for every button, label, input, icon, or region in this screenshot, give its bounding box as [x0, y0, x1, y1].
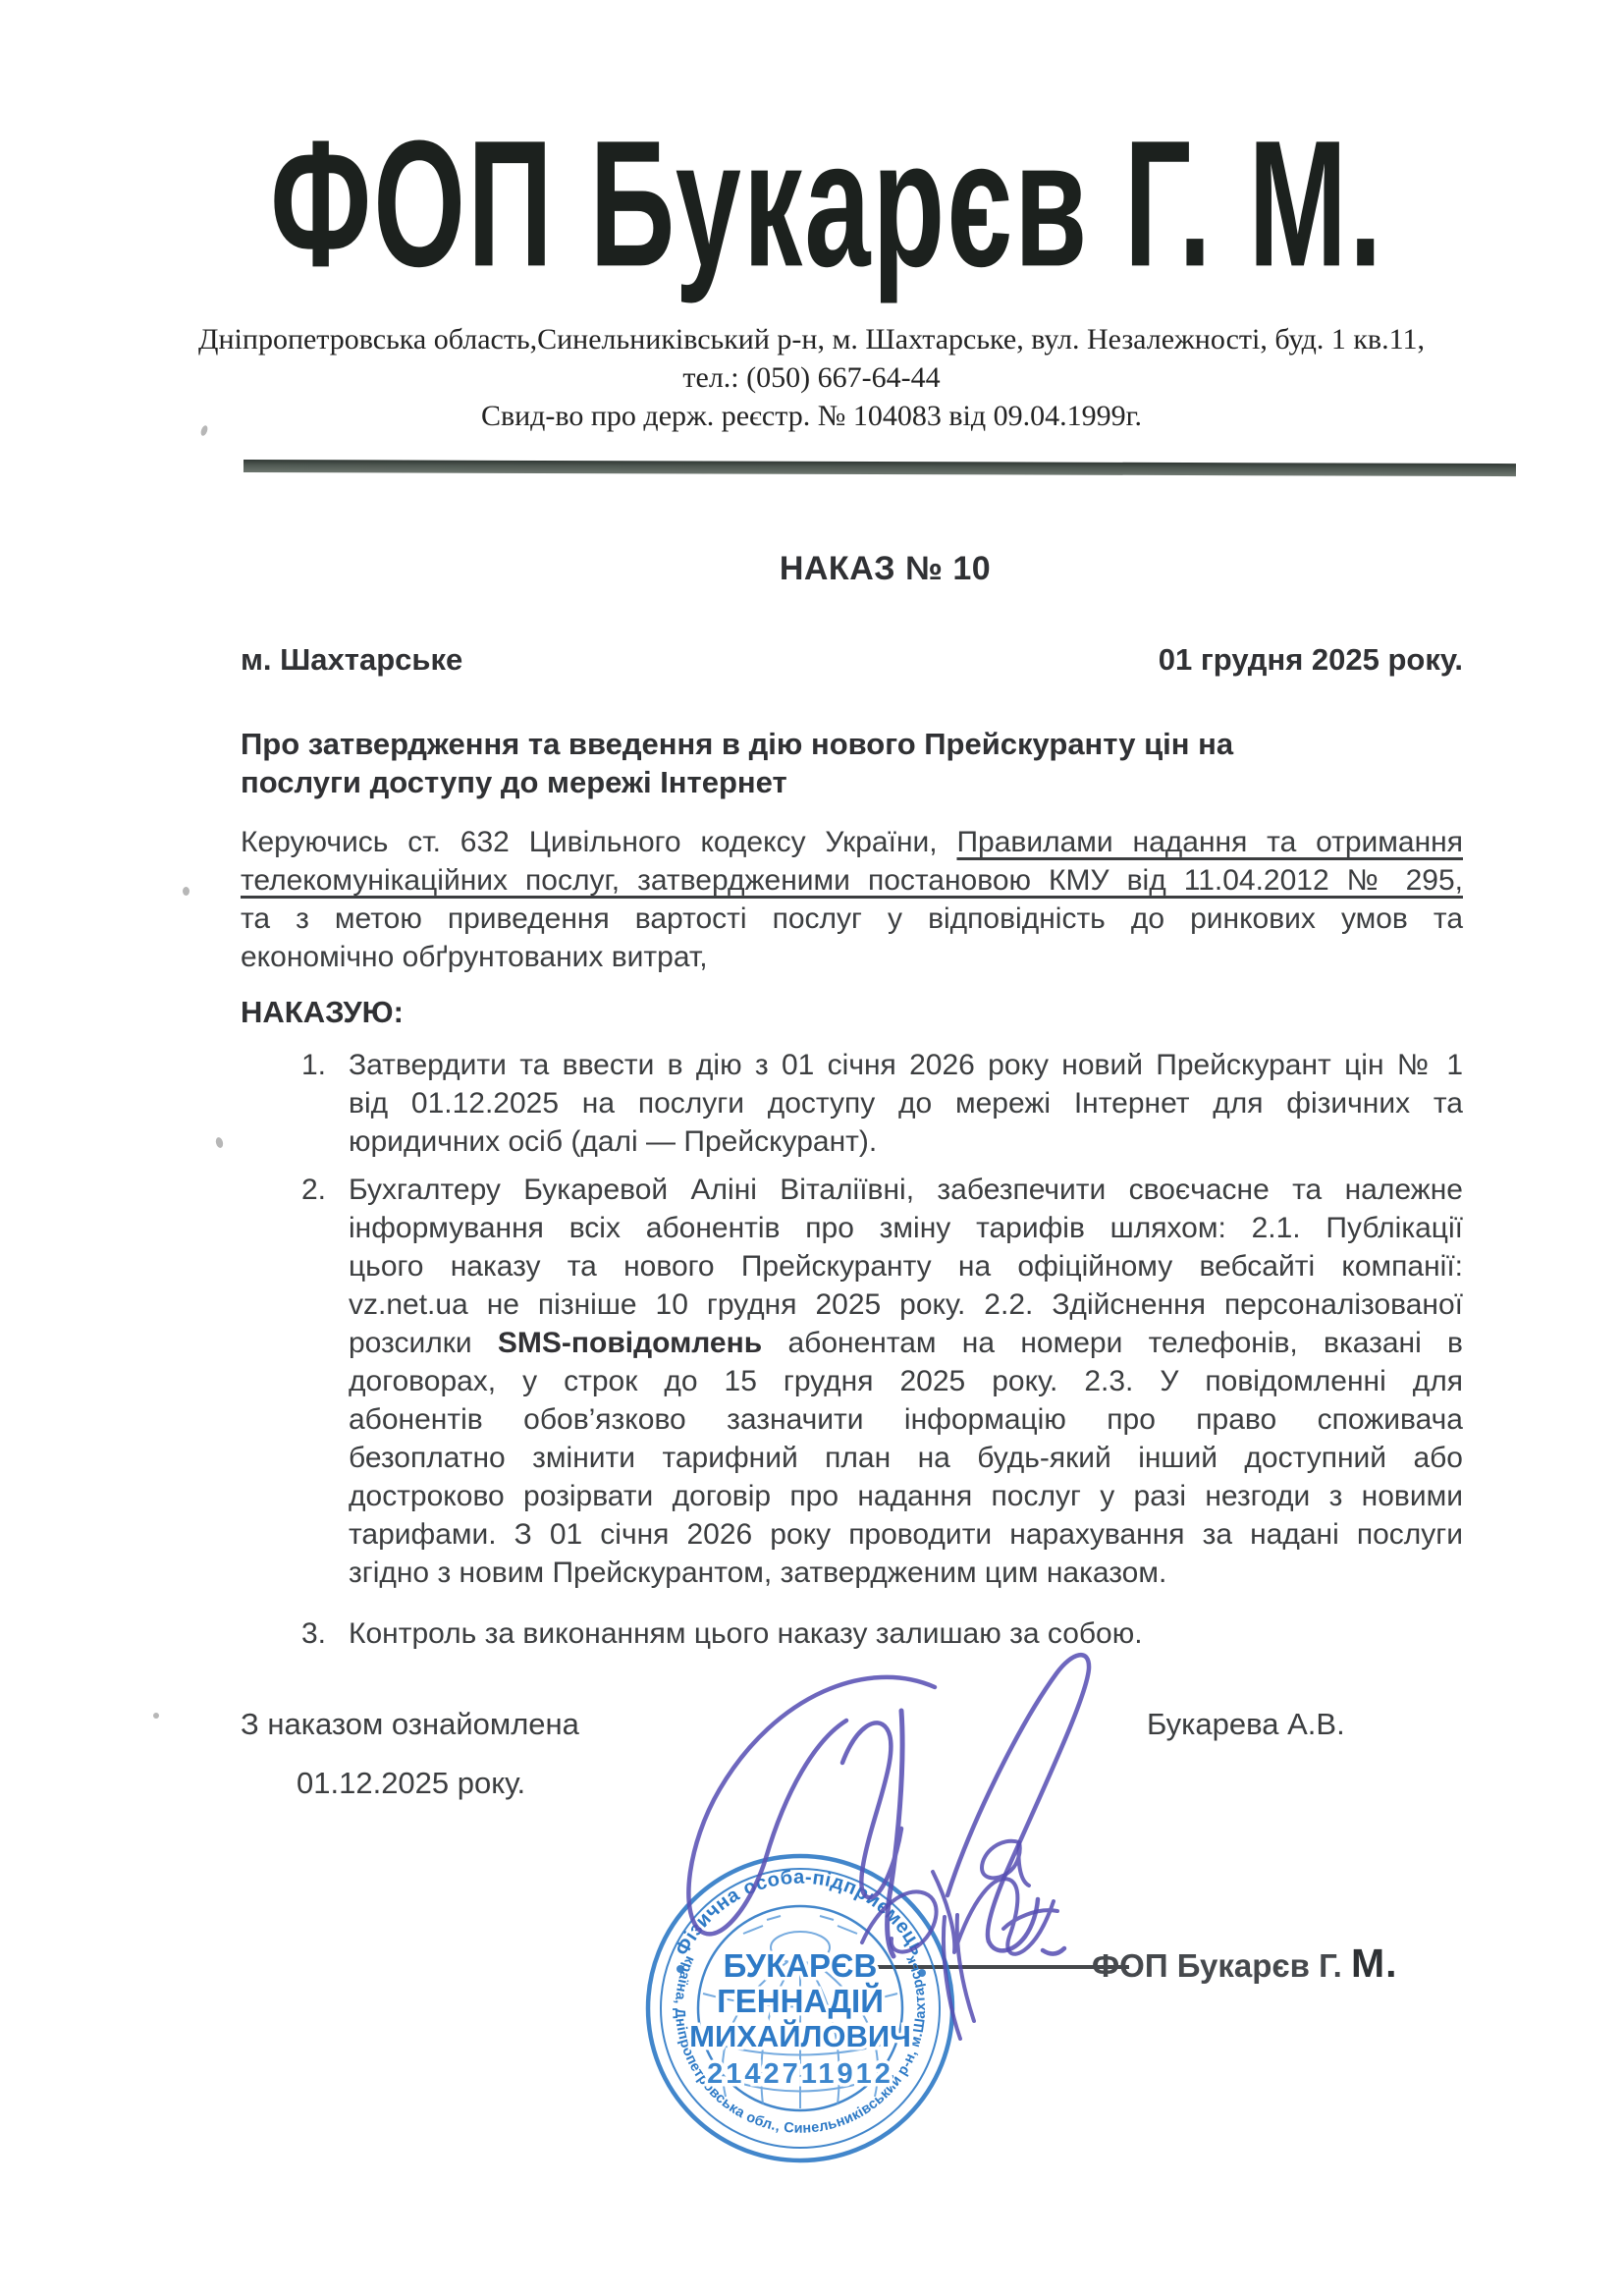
order-body: НАКАЗ № 10 м. Шахтарське 01 грудня 2025 …	[241, 550, 1463, 1653]
subject-line: послуги доступу до мережі Інтернет	[241, 763, 1463, 801]
preamble-line: та з метою приведення вартості послуг у …	[241, 900, 1463, 938]
item-number: 2.	[301, 1171, 326, 1209]
stamp-tax-number: 2142711912	[707, 2058, 893, 2090]
item-number: 1.	[301, 1046, 326, 1084]
item-text: тарифами. З 01 січня 2026 року проводити…	[349, 1518, 1463, 1551]
preamble-text: та з метою приведення вартості послуг у …	[241, 902, 1463, 935]
item-line: достроково розірвати договір про надання…	[349, 1477, 1463, 1515]
letterhead-title: ФОП Букарєв Г. М.	[0, 145, 1623, 302]
phone-line: тел.: (050) 667-64-44	[0, 358, 1623, 397]
item-line: інформування всіх абонентів про зміну та…	[349, 1209, 1463, 1247]
letterhead-divider	[243, 460, 1516, 476]
order-preamble: Керуючись ст. 632 Цивільного кодексу Укр…	[241, 823, 1463, 976]
order-item-2: 2. Бухгалтеру Букаревой Аліні Віталіївні…	[241, 1171, 1463, 1592]
item-line: абонентів обов’язково зазначити інформац…	[349, 1400, 1463, 1439]
scan-speck	[215, 1136, 225, 1148]
preamble-text: економічно обґрунтованих витрат,	[241, 941, 708, 973]
preamble-line: телекомунікаційних послуг, затвердженими…	[241, 861, 1463, 900]
item-text: згідно з новим Прейскурантом, затверджен…	[349, 1557, 1166, 1589]
item-line: юридичних осіб (далі — Прейскурант).	[349, 1122, 1463, 1161]
item-line: vz.net.ua не пізніше 10 грудня 2025 року…	[349, 1285, 1463, 1324]
item-text: розсилки	[349, 1327, 498, 1359]
item-text: договорах, у строк до 15 грудня 2025 рок…	[349, 1365, 1463, 1397]
handwritten-signatures	[589, 1620, 1296, 2052]
item-line: розсилки SMS-повідомлень абонентам на но…	[349, 1324, 1463, 1362]
order-heading: НАКАЗ № 10	[241, 550, 1463, 588]
preamble-line: економічно обґрунтованих витрат,	[241, 938, 1463, 976]
item-line: договорах, у строк до 15 грудня 2025 рок…	[349, 1362, 1463, 1400]
item-text: достроково розірвати договір про надання…	[349, 1480, 1463, 1512]
director-signature	[688, 1655, 1089, 1956]
registration-line: Свид-во про держ. реєстр. № 104083 від 0…	[0, 397, 1623, 435]
item-text: vz.net.ua не пізніше 10 грудня 2025 року…	[349, 1288, 1463, 1321]
subject-line: Про затвердження та введення в дію новог…	[241, 725, 1463, 763]
item-line: від 01.12.2025 на послуги доступу до мер…	[349, 1084, 1463, 1122]
item-text: абонентам на номери телефонів, вказані в	[762, 1327, 1463, 1359]
acknowledgement-line-1: З наказом ознайомлена	[241, 1707, 579, 1742]
item-line: Бухгалтеру Букаревой Аліні Віталіївні, з…	[349, 1171, 1463, 1209]
company-name: ФОП Букарєв Г. М.	[270, 99, 1383, 307]
order-place: м. Шахтарське	[241, 640, 462, 679]
item-number: 3.	[301, 1614, 326, 1653]
preamble-underlined-text: телекомунікаційних послуг, затвердженими…	[241, 864, 1463, 897]
item-text: цього наказу та нового Прейскуранту на о…	[349, 1250, 1463, 1283]
item-bold-text: SMS-повідомлень	[498, 1327, 762, 1359]
resolution-word: НАКАЗУЮ:	[241, 993, 1463, 1031]
item-text: Бухгалтеру Букаревой Аліні Віталіївні, з…	[349, 1174, 1463, 1206]
letterhead-address-block: Дніпропетровська область,Синельниківськи…	[0, 320, 1623, 435]
preamble-underlined-text: Правилами надання та отримання	[956, 826, 1463, 858]
item-line: безоплатно змінити тарифний план на будь…	[349, 1439, 1463, 1477]
item-text: інформування всіх абонентів про зміну та…	[349, 1212, 1463, 1244]
place-date-row: м. Шахтарське 01 грудня 2025 року.	[241, 640, 1463, 679]
preamble-text: Керуючись ст. 632 Цивільного кодексу Укр…	[241, 826, 956, 858]
item-line: тарифами. З 01 січня 2026 року проводити…	[349, 1515, 1463, 1554]
item-line: цього наказу та нового Прейскуранту на о…	[349, 1247, 1463, 1285]
document-page: ФОП Букарєв Г. М. Дніпропетровська облас…	[0, 0, 1623, 2296]
item-text: Затвердити та ввести в дію з 01 січня 20…	[349, 1049, 1463, 1081]
item-text: безоплатно змінити тарифний план на будь…	[349, 1442, 1463, 1474]
order-item-1: 1. Затвердити та ввести в дію з 01 січня…	[241, 1046, 1463, 1161]
address-line: Дніпропетровська область,Синельниківськи…	[0, 320, 1623, 358]
item-line: Затвердити та ввести в дію з 01 січня 20…	[349, 1046, 1463, 1084]
order-date: 01 грудня 2025 року.	[1159, 640, 1463, 679]
order-subject: Про затвердження та введення в дію новог…	[241, 725, 1463, 801]
signer-initial: М.	[1351, 1941, 1398, 1986]
item-line: згідно з новим Прейскурантом, затверджен…	[349, 1554, 1463, 1592]
item-text: юридичних осіб (далі — Прейскурант).	[349, 1125, 877, 1158]
preamble-line: Керуючись ст. 632 Цивільного кодексу Укр…	[241, 823, 1463, 861]
scan-speck	[183, 887, 189, 896]
acknowledgement-date: 01.12.2025 року.	[297, 1766, 525, 1801]
scan-speck	[153, 1713, 159, 1719]
item-text: абонентів обов’язково зазначити інформац…	[349, 1403, 1463, 1436]
item-text: від 01.12.2025 на послуги доступу до мер…	[349, 1087, 1463, 1120]
